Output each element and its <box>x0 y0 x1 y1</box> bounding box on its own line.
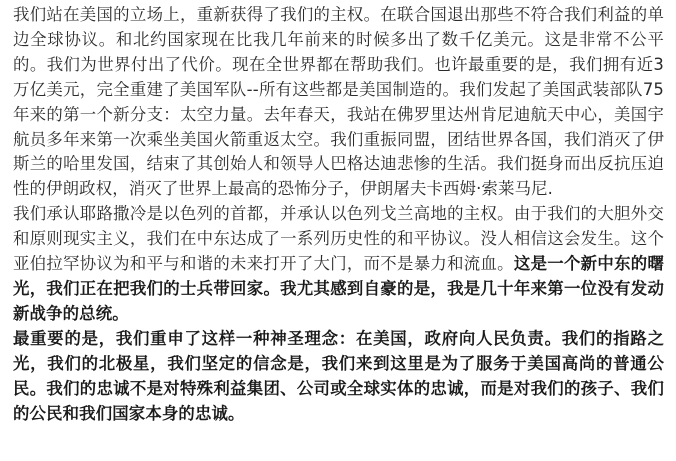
paragraph-1: 我们站在美国的立场上，重新获得了我们的主权。在联合国退出那些不符合我们利益的单边… <box>13 3 664 202</box>
paragraph-2: 我们承认耶路撒冷是以色列的首都，并承认以色列戈兰高地的主权。由于我们的大胆外交和… <box>13 202 664 327</box>
paragraph-3-bold-text: 最重要的是，我们重申了这样一种神圣理念：在美国，政府向人民负责。我们的指路之光，… <box>13 329 664 423</box>
article-body: 我们站在美国的立场上，重新获得了我们的主权。在联合国退出那些不符合我们利益的单边… <box>0 0 676 426</box>
paragraph-3: 最重要的是，我们重申了这样一种神圣理念：在美国，政府向人民负责。我们的指路之光，… <box>13 327 664 427</box>
paragraph-1-text: 我们站在美国的立场上，重新获得了我们的主权。在联合国退出那些不符合我们利益的单边… <box>13 5 664 198</box>
